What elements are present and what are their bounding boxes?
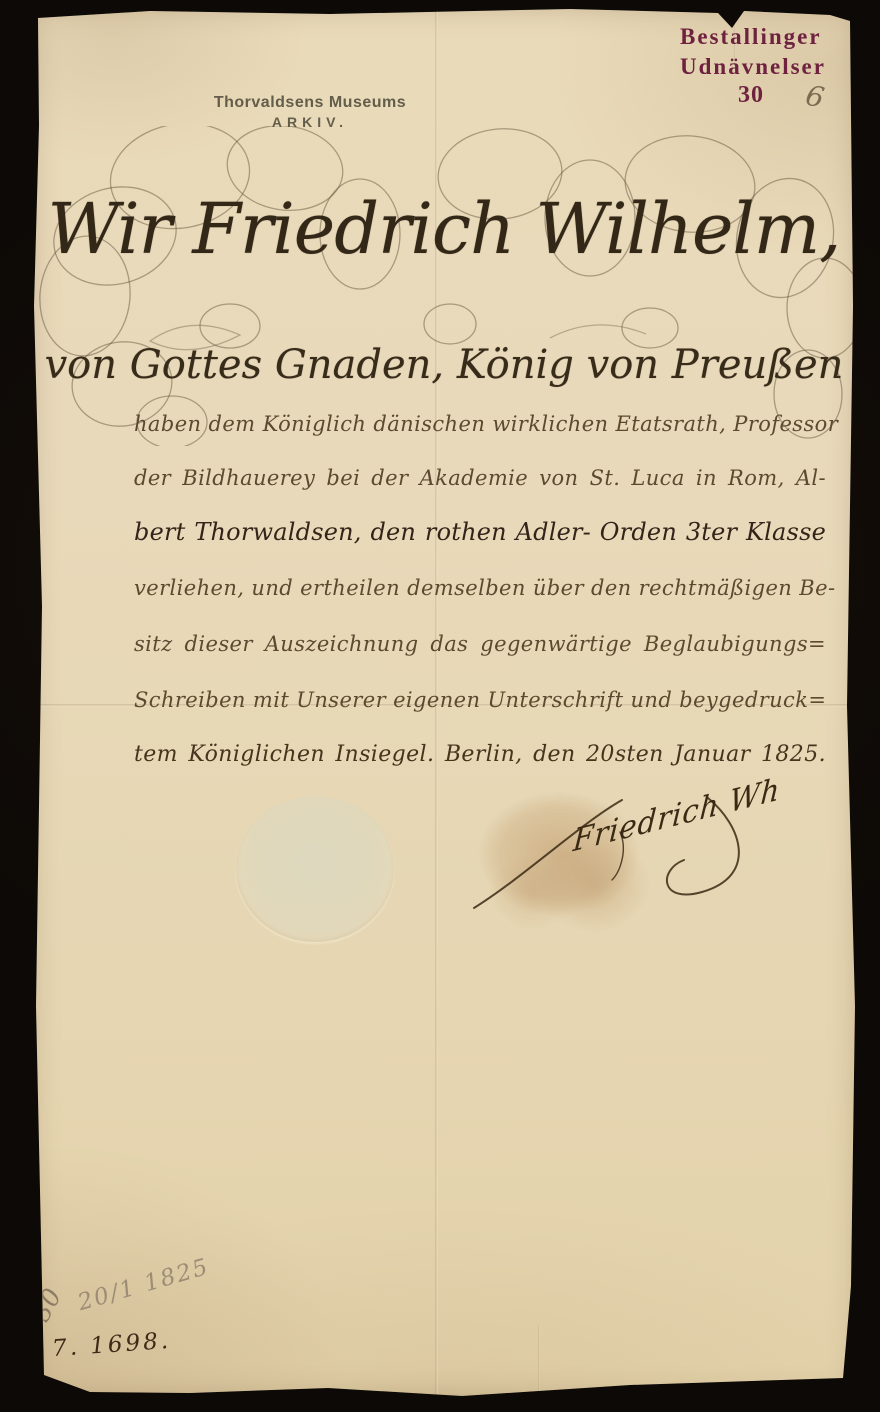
pencil-date-annotation: 20/1 1825 <box>75 1254 212 1316</box>
ink-inventory-number: 7. 1698. <box>51 1328 172 1362</box>
title-line-1: Wir Friedrich Wilhelm, <box>30 194 858 264</box>
body-line: Schreiben mit Unserer eigenen Unterschri… <box>134 688 826 712</box>
document-scan: Thorvaldsens Museums ARKIV. Bestallinger… <box>0 0 880 1412</box>
archive-stamp: Thorvaldsens Museums ARKIV. <box>180 94 440 130</box>
paper-sheet: Thorvaldsens Museums ARKIV. Bestallinger… <box>30 6 858 1398</box>
body-line: verliehen, und ertheilen demselben über … <box>134 576 826 600</box>
embossed-seal-circle <box>236 796 394 942</box>
archive-stamp-line1: Thorvaldsens Museums <box>180 94 440 112</box>
registry-stamp-line2: Udnävnelser <box>680 52 840 82</box>
body-line-dateline: tem Königlichen Insiegel. Berlin, den 20… <box>134 742 826 767</box>
registry-stamp-line1: Bestallinger <box>680 22 840 52</box>
body-line-emphasized: bert Thorwaldsen, den rothen Adler- Orde… <box>134 518 826 546</box>
calligraphic-flourishes-decoration <box>30 126 858 446</box>
body-line: der Bildhauerey bei der Akademie von St.… <box>134 466 826 490</box>
body-line: sitz dieser Auszeichnung das gegenwärtig… <box>134 632 826 656</box>
fold-crease-bottom <box>538 1326 540 1398</box>
pencil-number-annotation: 30 <box>26 1283 67 1326</box>
body-line: haben dem Königlich dänischen wirklichen… <box>134 412 826 436</box>
title-line-2: von Gottes Gnaden, König von Preußen <box>30 342 858 388</box>
